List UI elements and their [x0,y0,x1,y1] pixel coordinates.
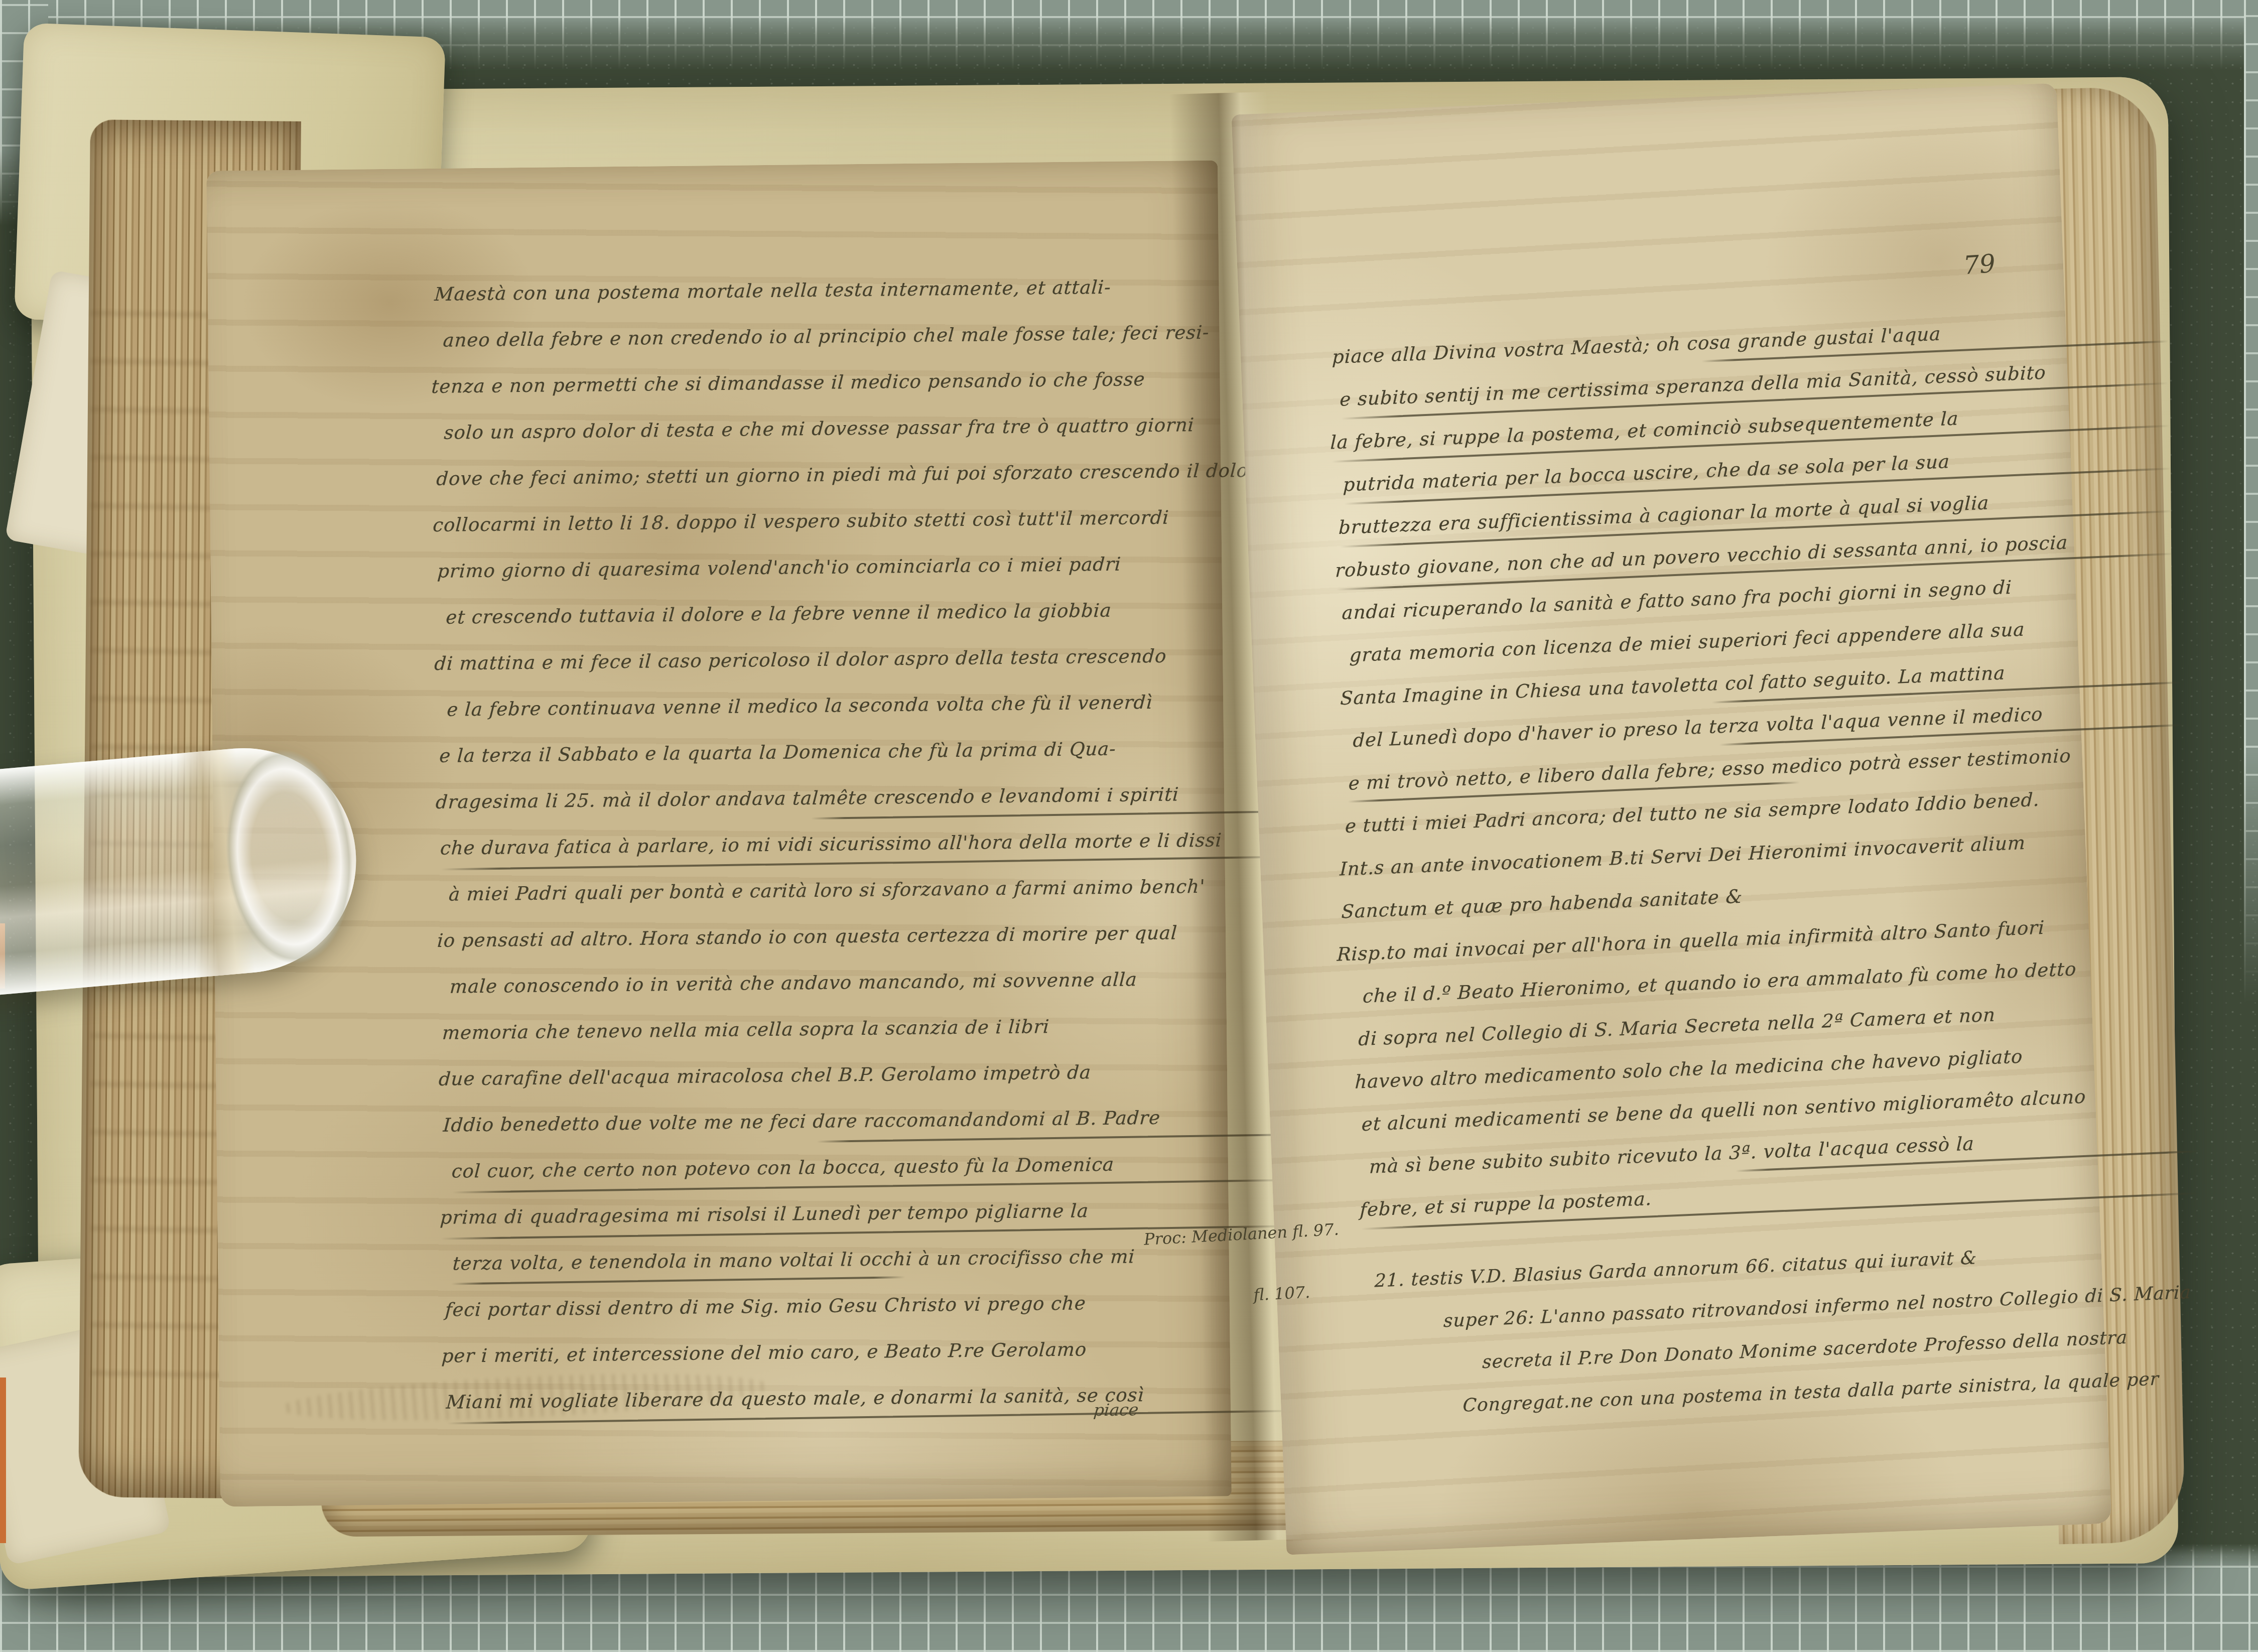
manuscript-line: due carafine dell'acqua miracolosa chel … [437,1047,1277,1103]
glass-weight [0,739,365,996]
manuscript-line: e la febre continuava venne il medico la… [446,678,1273,733]
folio-number: 79 [1962,249,1997,280]
manuscript-line: collocarmi in letto li 18. doppo il vesp… [432,493,1271,548]
manuscript-line: à miei Padri quali per bontà e carità lo… [448,863,1275,917]
manuscript-line: dragesima li 25. mà il dolor andava talm… [435,770,1274,825]
manuscript-line: di mattina e mi fece il caso pericoloso … [433,632,1273,687]
manuscript-photo: Maestà con una postema mortale nella tes… [0,0,2258,1652]
manuscript-line: et crescendo tuttavia il dolore e la feb… [445,586,1272,640]
orange-edge-sliver [0,1378,6,1543]
manuscript-line: tenza e non permetti che si dimandasse i… [430,355,1270,410]
manuscript-line: e la terza il Sabbato e la quarta la Dom… [438,724,1274,779]
margin-note-line: fl. 107. [1252,1253,1470,1325]
manuscript-line: male conoscendo io in verità che andavo … [448,955,1276,1010]
right-page: piace alla Divina vostra Maestà; oh cosa… [1231,83,2111,1555]
margin-note: Proc: Mediolanen fl. 97. fl. 107. [1142,1192,1470,1331]
scale-grid-right [2244,0,2258,1029]
manuscript-line: aneo della febre e non credendo io al pr… [442,309,1269,363]
manuscript-line-underlined: Iddio benedetto due volte me ne feci dar… [442,1093,1277,1148]
manuscript-line: Maestà con una postema mortale nella tes… [433,262,1269,317]
manuscript-line: primo giorno di quaresima volend'anch'io… [436,539,1272,594]
left-page: Maestà con una postema mortale nella tes… [206,161,1232,1507]
manuscript-line: memoria che tenevo nella mia cella sopra… [441,1001,1276,1056]
catchword: piace [1093,1400,1139,1420]
manuscript-line: io pensasti ad altro. Hora stando io con… [436,909,1275,964]
manuscript-line: solo un aspro dolor di testa e che mi do… [443,401,1270,456]
manuscript-line: dove che feci animo; stetti un giorno in… [435,447,1271,502]
manuscript-line: per i meriti, et intercessione del mio c… [440,1324,1280,1380]
manuscript-line-underlined: che durava fatica à parlare, io mi vidi … [439,816,1275,871]
witness-deposition: 21. testis V.D. Blasius Garda annorum 66… [1367,1228,2195,1431]
manuscript-line-underlined: col cuor, che certo non potevo con la bo… [450,1140,1278,1194]
